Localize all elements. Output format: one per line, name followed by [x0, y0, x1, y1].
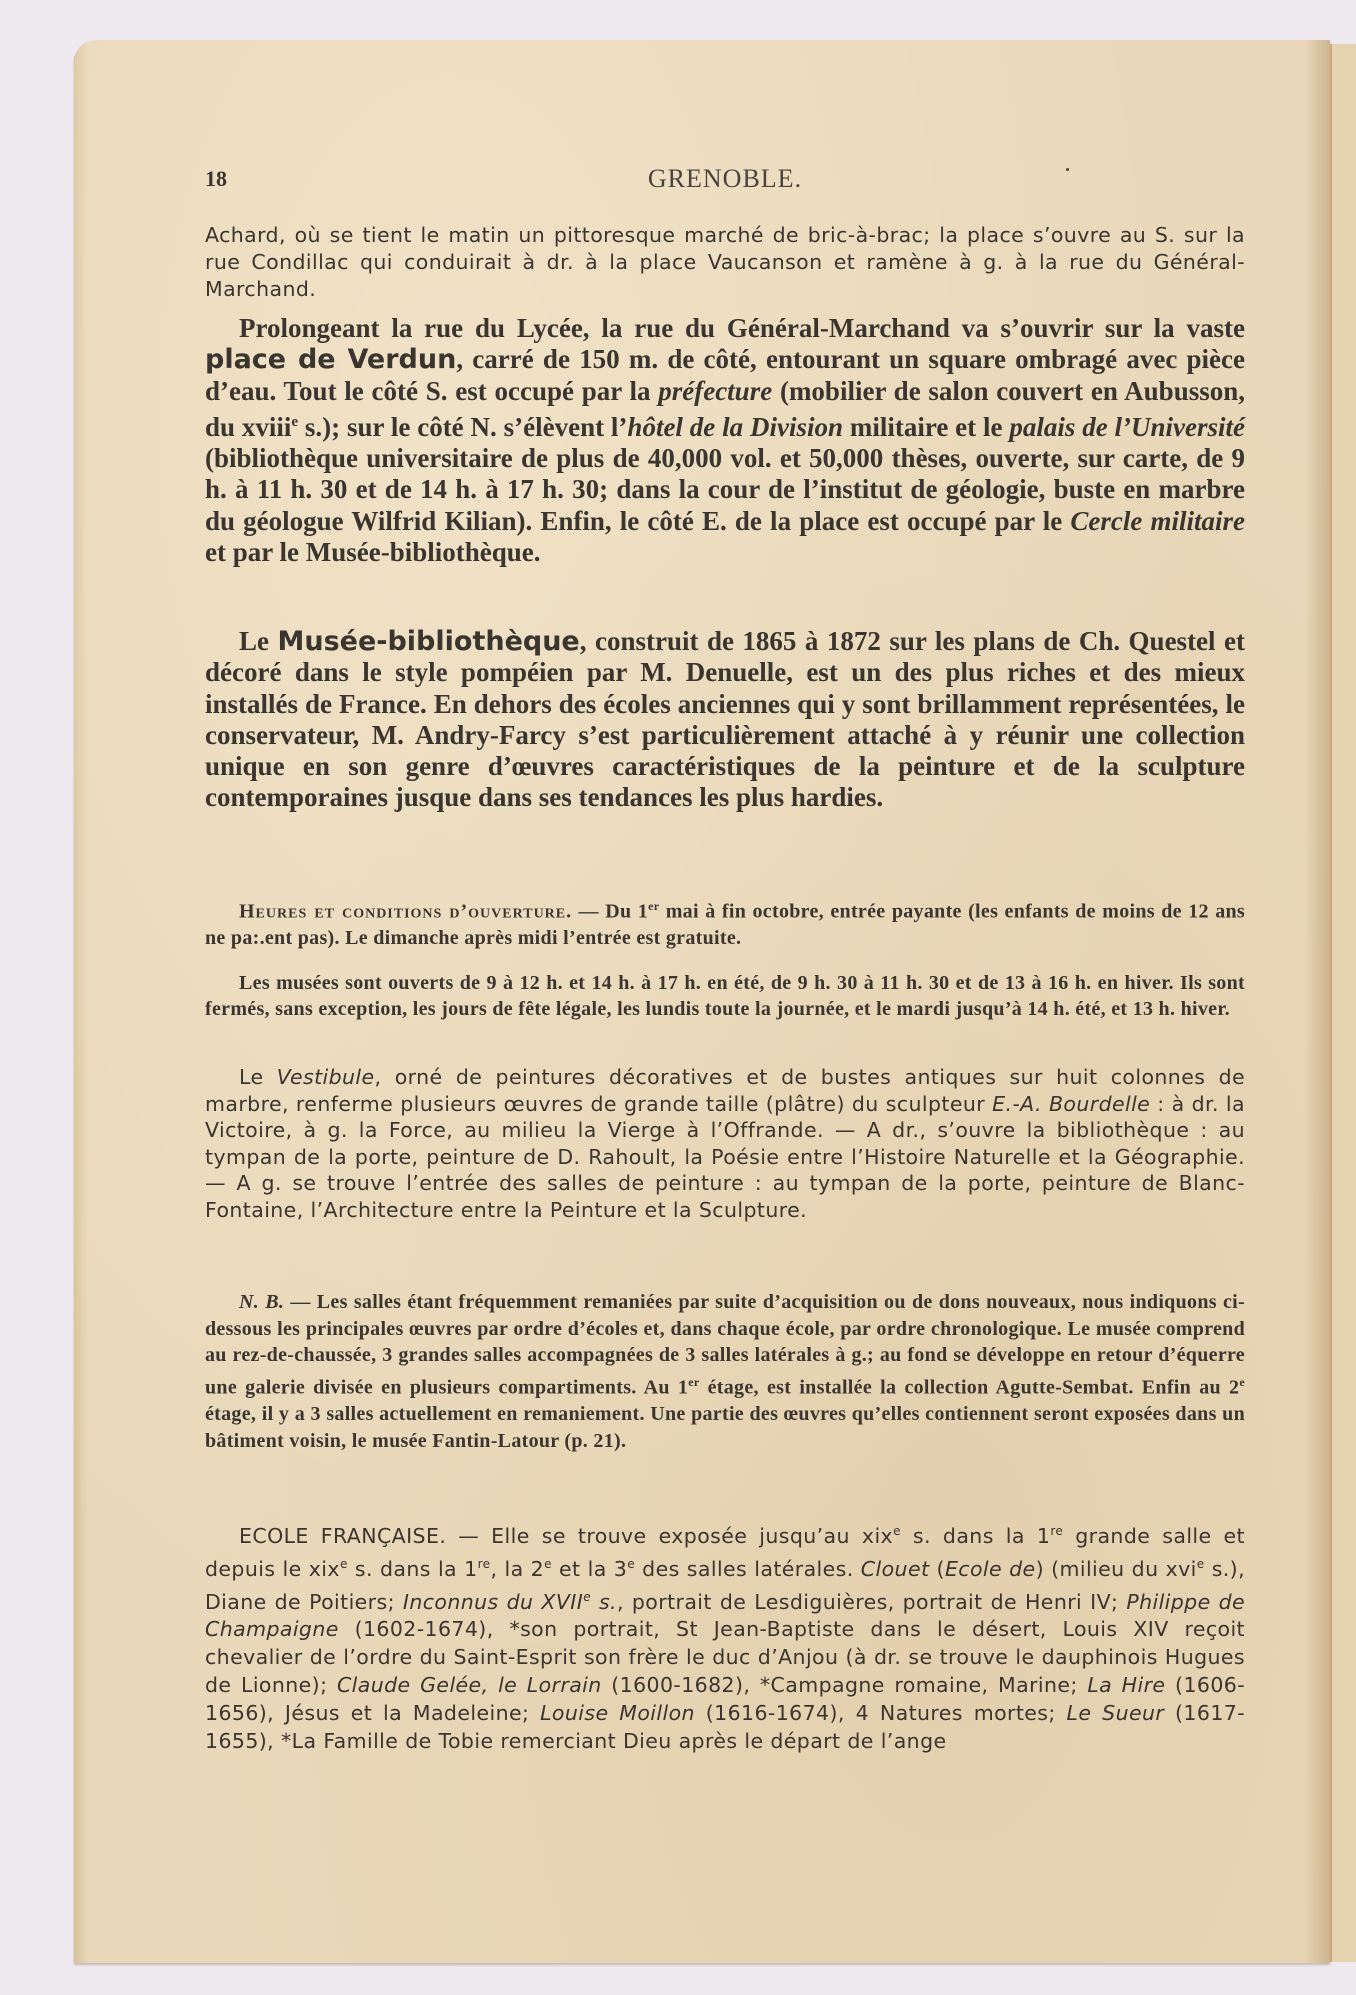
paragraph-text: Achard, où se tient le matin un pittores… [205, 222, 1245, 303]
section-heading: Heures et conditions d’ouverture. [239, 901, 572, 923]
facing-page-edge [1330, 44, 1356, 1962]
paragraph-text: Le Vestibule, orné de peintures décorati… [205, 1064, 1245, 1223]
running-title: GRENOBLE. [205, 164, 1245, 194]
paragraph-musee-bibliotheque: Le Musée-bibliothèque, construit de 1865… [205, 626, 1245, 814]
paragraph-text: Prolongeant la rue du Lycée, la rue du G… [205, 313, 1245, 568]
paragraph-text: Heures et conditions d’ouverture. — Du 1… [205, 893, 1245, 951]
paragraph-ecole-francaise: ECOLE FRANÇAISE. — Elle se trouve exposé… [205, 1517, 1245, 1755]
paragraph-text: ECOLE FRANÇAISE. — Elle se trouve exposé… [205, 1517, 1245, 1755]
paragraph-text: Le Musée-bibliothèque, construit de 1865… [205, 626, 1245, 814]
paragraph-horaires: Les musées sont ouverts de 9 à 12 h. et … [205, 970, 1245, 1022]
paragraph-place-de-verdun: Prolongeant la rue du Lycée, la rue du G… [205, 313, 1245, 568]
paragraph-text: N. B. — Les salles étant fréquemment rem… [205, 1289, 1245, 1455]
paragraph-vestibule: Le Vestibule, orné de peintures décorati… [205, 1064, 1245, 1223]
paragraph-achard: Achard, où se tient le matin un pittores… [205, 222, 1245, 303]
musee-bibliotheque: Musée-bibliothèque [277, 626, 579, 657]
place-de-verdun: place de Verdun [205, 344, 456, 375]
paragraph-nota-bene: N. B. — Les salles étant fréquemment rem… [205, 1289, 1245, 1455]
paragraph-text: Les musées sont ouverts de 9 à 12 h. et … [205, 970, 1245, 1022]
print-speck [1066, 168, 1069, 171]
page-header: 18 GRENOBLE. [205, 166, 1245, 198]
paragraph-heures: Heures et conditions d’ouverture. — Du 1… [205, 893, 1245, 951]
